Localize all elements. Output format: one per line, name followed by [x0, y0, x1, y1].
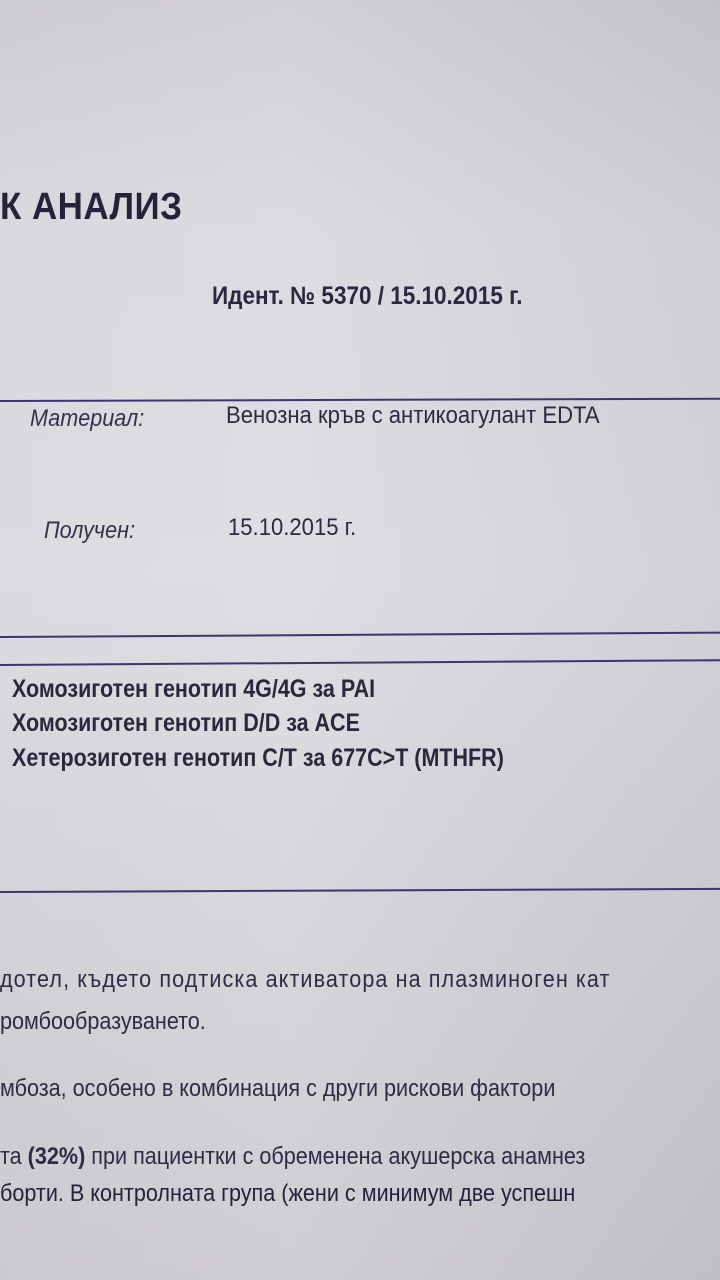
received-label: Получен:: [44, 517, 135, 545]
paragraph-line: ромбообразуването.: [0, 1008, 206, 1036]
divider-line: [0, 888, 720, 893]
received-value: 15.10.2015 г.: [228, 514, 356, 542]
paragraph-line: дотел, където подтиска активатора на пла…: [0, 966, 611, 994]
document-page: К АНАЛИЗ Идент. № 5370 / 15.10.2015 г. М…: [0, 0, 720, 1280]
material-label: Материал:: [30, 405, 144, 433]
paragraph-line: мбоза, особено в комбинация с други риск…: [0, 1075, 555, 1103]
paragraph-text: при пациентки с обременена акушерска ана…: [85, 1143, 585, 1170]
result-line-ace: Хомозиготен генотип D/D за ACE: [12, 709, 360, 738]
paragraph-line: борти. В контролната група (жени с миним…: [0, 1180, 575, 1208]
divider-line: [0, 632, 720, 638]
identification-number: Идент. № 5370 / 15.10.2015 г.: [212, 282, 522, 311]
divider-line: [0, 659, 720, 666]
material-value: Венозна кръв с антикоагулант EDTA: [226, 402, 600, 430]
document-title: К АНАЛИЗ: [0, 186, 182, 229]
percentage-highlight: (32%): [28, 1143, 86, 1170]
result-line-pai: Хомозиготен генотип 4G/4G за PAI: [12, 675, 375, 704]
paragraph-line: та (32%) при пациентки с обременена акуш…: [0, 1143, 585, 1171]
paragraph-prefix: та: [0, 1143, 28, 1170]
result-line-mthfr: Хетерозиготен генотип C/T за 677C>T (MTH…: [12, 744, 504, 773]
